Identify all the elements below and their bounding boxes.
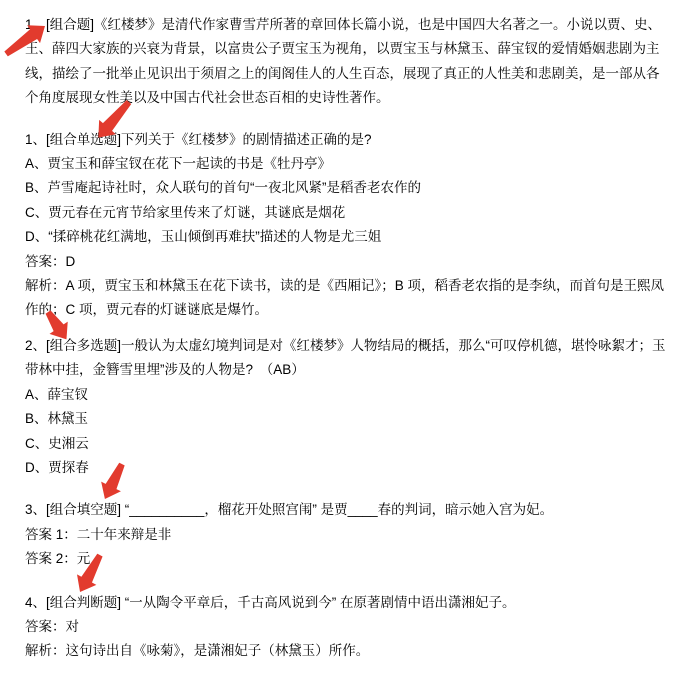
question-1-option-b: B、芦雪庵起诗社时，众人联句的首句“一夜北风紧”是稻香老农作的 <box>25 176 668 200</box>
question-1-answer: 答案：D <box>25 250 668 274</box>
question-3-stem: 3、[组合填空题] “__________，榴花开处照宫闱” 是贾____春的判… <box>25 498 668 522</box>
question-1-stem: 1、[组合单选题]下列关于《红楼梦》的剧情描述正确的是? <box>25 128 668 152</box>
question-1-block: 1、[组合单选题]下列关于《红楼梦》的剧情描述正确的是? A、贾宝玉和薛宝钗在花… <box>25 128 668 323</box>
question-1-analysis: 解析：A 项，贾宝玉和林黛玉在花下读书，读的是《西厢记》；B 项，稻香老农指的是… <box>25 274 668 323</box>
question-3-answer-1: 答案 1：二十年来辩是非 <box>25 523 668 547</box>
document-page: 1、[组合题]《红楼梦》是清代作家曹雪芹所著的章回体长篇小说，也是中国四大名著之… <box>0 0 692 677</box>
question-2-option-b: B、林黛玉 <box>25 407 668 431</box>
question-4-block: 4、[组合判断题] “一从陶令平章后，千古高风说到今” 在原著剧情中语出潇湘妃子… <box>25 591 668 664</box>
question-4-analysis: 解析：这句诗出自《咏菊》，是潇湘妃子（林黛玉）所作。 <box>25 639 668 663</box>
question-3-block: 3、[组合填空题] “__________，榴花开处照宫闱” 是贾____春的判… <box>25 498 668 571</box>
question-4-answer: 答案：对 <box>25 615 668 639</box>
question-2-stem: 2、[组合多选题]一般认为太虚幻境判词是对《红楼梦》人物结局的概括，那么“可叹停… <box>25 334 668 383</box>
question-4-stem: 4、[组合判断题] “一从陶令平章后，千古高风说到今” 在原著剧情中语出潇湘妃子… <box>25 591 668 615</box>
question-2-option-a: A、薛宝钗 <box>25 383 668 407</box>
question-3-answer-2: 答案 2：元 <box>25 547 668 571</box>
question-2-option-d: D、贾探春 <box>25 456 668 480</box>
intro-paragraph: 1、[组合题]《红楼梦》是清代作家曹雪芹所著的章回体长篇小说，也是中国四大名著之… <box>25 13 668 111</box>
question-1-option-d: D、“揉碎桃花红满地，玉山倾倒再难扶”描述的人物是尤三姐 <box>25 225 668 249</box>
question-2-block: 2、[组合多选题]一般认为太虚幻境判词是对《红楼梦》人物结局的概括，那么“可叹停… <box>25 334 668 480</box>
question-2-option-c: C、史湘云 <box>25 432 668 456</box>
question-1-option-c: C、贾元春在元宵节给家里传来了灯谜，其谜底是烟花 <box>25 201 668 225</box>
question-1-option-a: A、贾宝玉和薛宝钗在花下一起读的书是《牡丹亭》 <box>25 152 668 176</box>
